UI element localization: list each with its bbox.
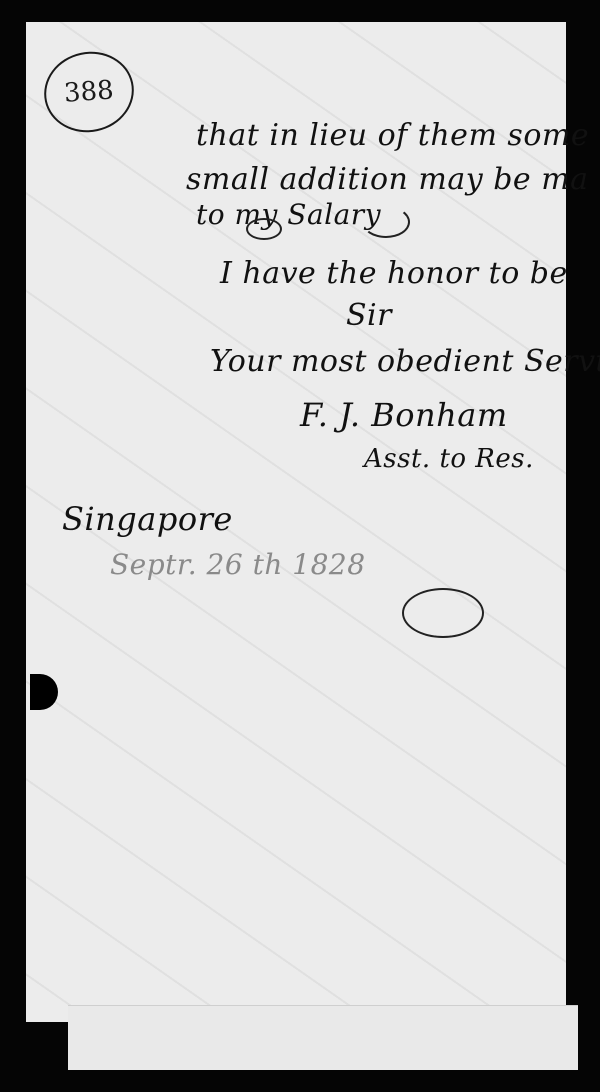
letter-date: Septr. 26 th 1828: [110, 548, 366, 581]
valediction: Your most obedient Servt: [210, 344, 600, 379]
flourish-mark: [402, 588, 484, 638]
flourish-mark: [246, 218, 282, 240]
signature: F. J. Bonham: [300, 396, 508, 434]
flourish-mark: [362, 206, 410, 238]
salutation-sir: Sir: [346, 298, 392, 333]
letter-line-2: small addition may be ma: [186, 162, 589, 197]
signatory-title: Asst. to Res.: [364, 444, 534, 474]
folio-number: 388: [63, 75, 115, 108]
place-name: Singapore: [62, 500, 233, 538]
closing-line: I have the honor to be: [220, 256, 568, 291]
underlying-page-edge: [68, 1005, 578, 1070]
letter-line-1: that in lieu of them some: [196, 118, 589, 153]
letter-line-3: to my Salary: [196, 198, 381, 231]
